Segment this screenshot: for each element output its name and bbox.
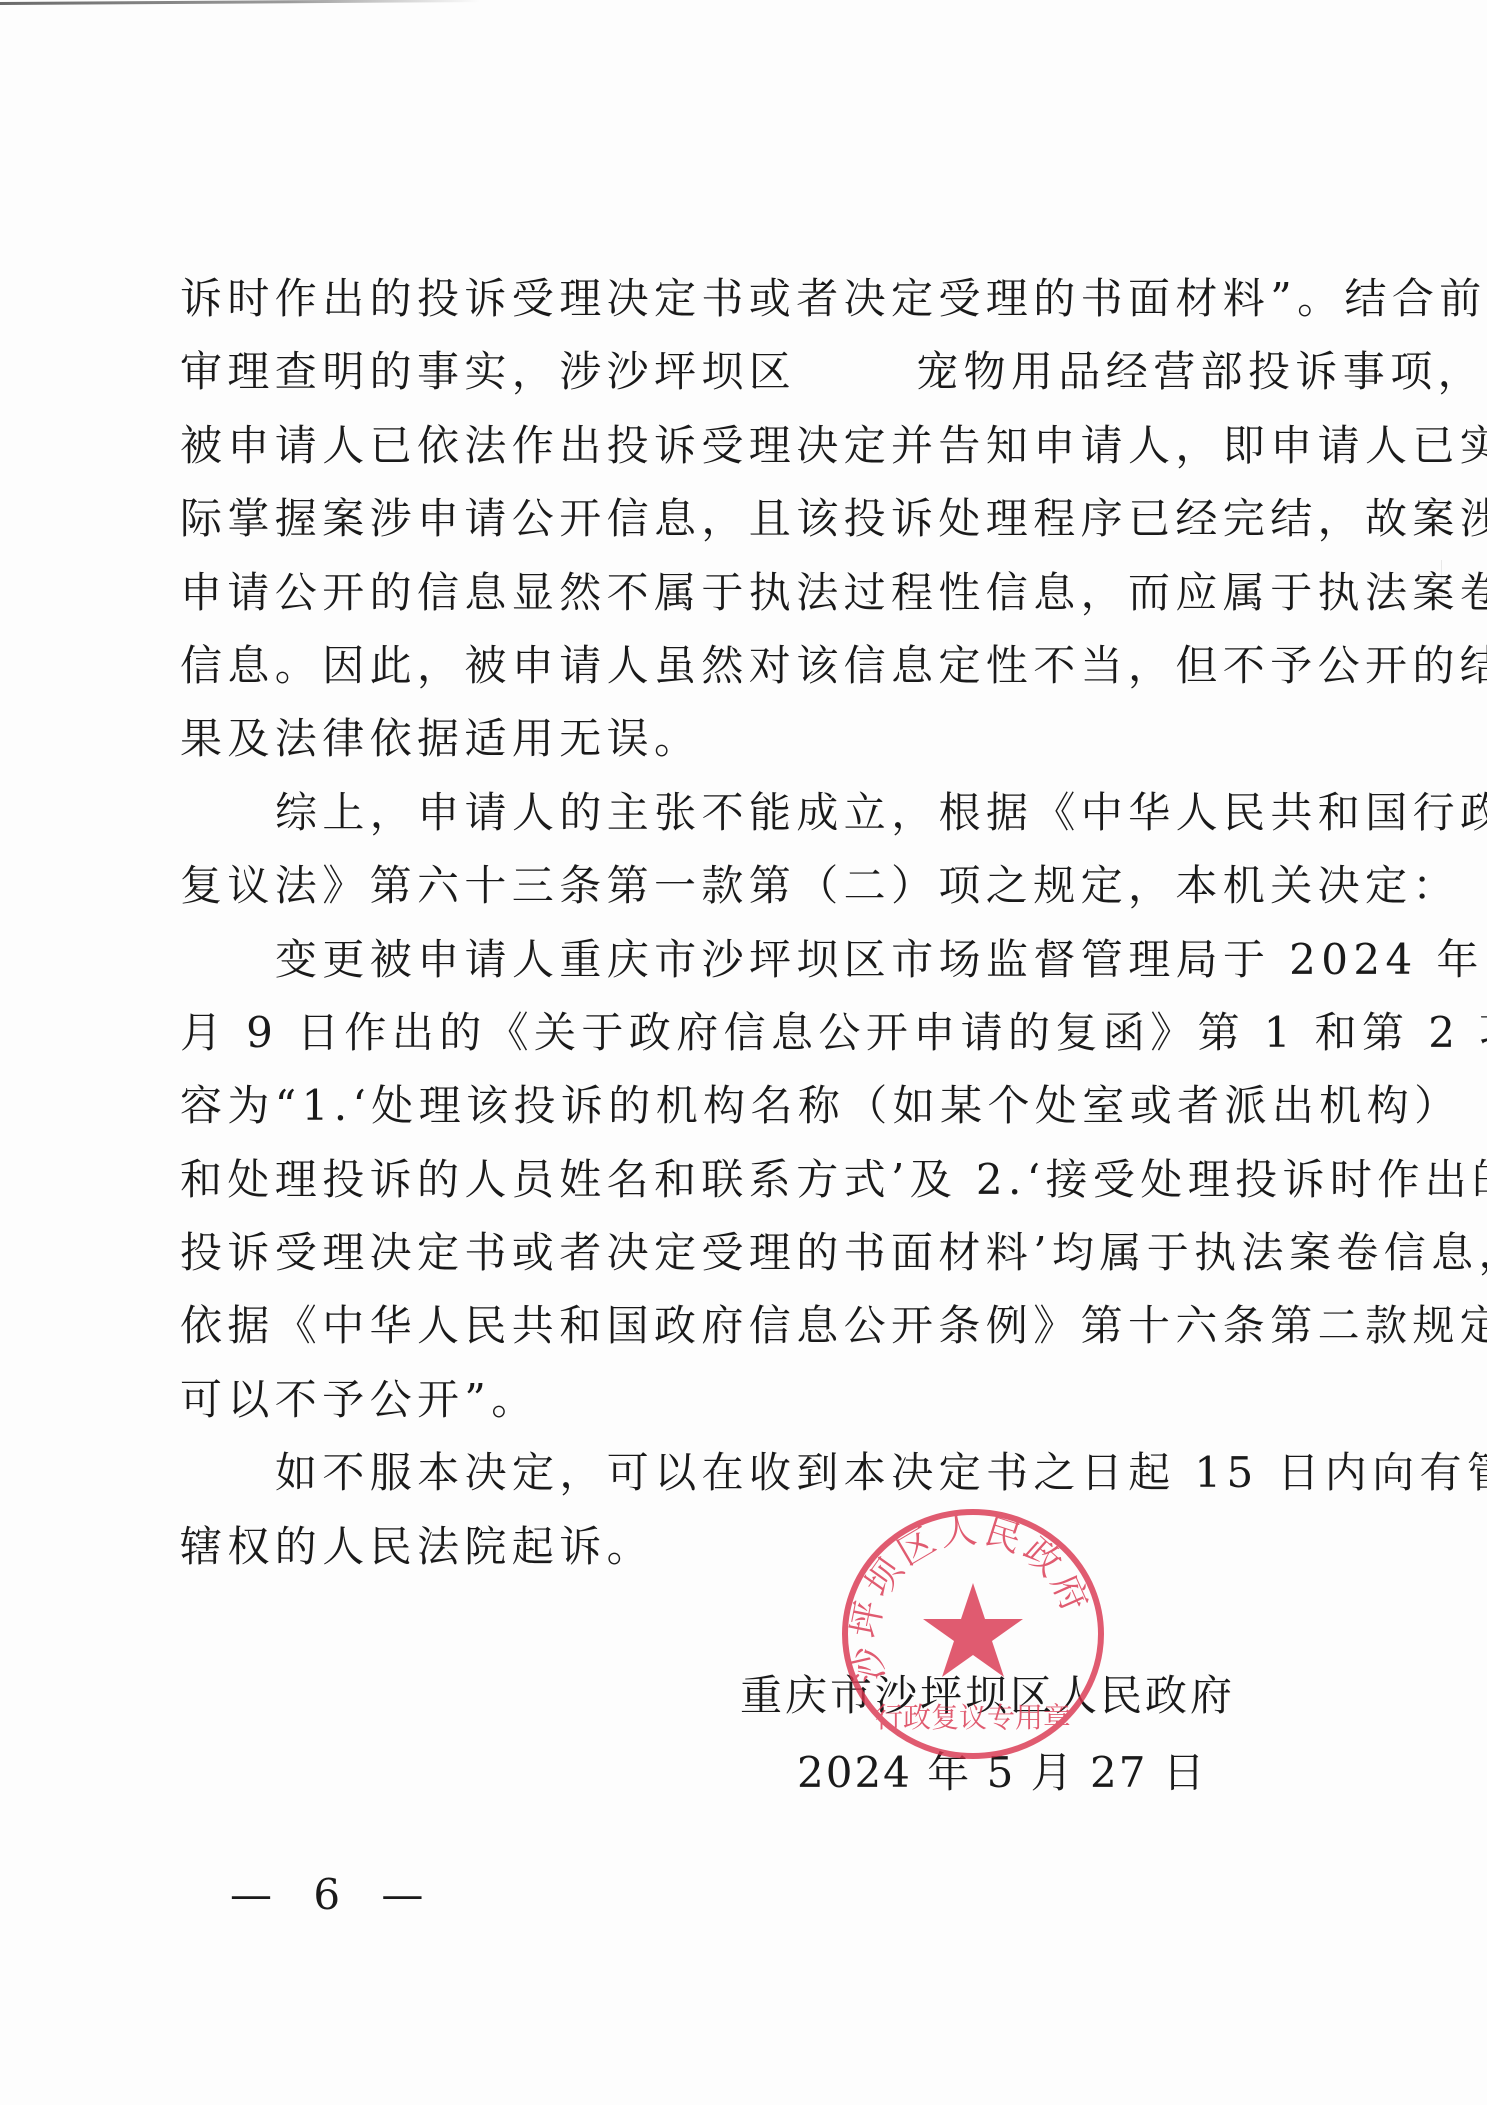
text-line: 和处理投诉的人员姓名和联系方式’及 2.‘接受处理投诉时作出的 xyxy=(180,1143,1280,1216)
signing-date: 2024 年 5 月 27 日 xyxy=(797,1740,1207,1800)
page-number: — 6 — xyxy=(230,1870,437,1919)
text-line: 复议法》第六十三条第一款第（二）项之规定，本机关决定： xyxy=(180,849,1280,922)
text-segment: 审理查明的事实，涉沙坪坝区 xyxy=(180,347,796,396)
text-line: 申请公开的信息显然不属于执法过程性信息，而应属于执法案卷 xyxy=(180,556,1280,629)
text-line: 综上，申请人的主张不能成立，根据《中华人民共和国行政 xyxy=(180,776,1280,849)
document-body: 诉时作出的投诉受理决定书或者决定受理的书面材料”。结合前述 审理查明的事实，涉沙… xyxy=(180,262,1280,1583)
text-line: 依据《中华人民共和国政府信息公开条例》第十六条第二款规定， xyxy=(180,1289,1280,1362)
text-line: 际掌握案涉申请公开信息，且该投诉处理程序已经完结，故案涉 xyxy=(180,482,1280,555)
scan-edge xyxy=(0,0,480,5)
text-line: 辖权的人民法院起诉。 xyxy=(180,1510,1280,1583)
text-line: 审理查明的事实，涉沙坪坝区宠物用品经营部投诉事项， xyxy=(180,335,1280,408)
text-segment: 宠物用品经营部投诉事项， xyxy=(916,347,1485,396)
text-line: 信息。因此，被申请人虽然对该信息定性不当，但不予公开的结 xyxy=(180,629,1280,702)
text-line: 变更被申请人重庆市沙坪坝区市场监督管理局于 2024 年 4 xyxy=(180,923,1280,996)
text-line: 被申请人已依法作出投诉受理决定并告知申请人，即申请人已实 xyxy=(180,409,1280,482)
signing-organization: 重庆市沙坪坝区人民政府 xyxy=(740,1663,1235,1723)
text-line: 果及法律依据适用无误。 xyxy=(180,702,1280,775)
redacted-block xyxy=(796,355,916,395)
text-line: 月 9 日作出的《关于政府信息公开申请的复函》第 1 和第 2 项内 xyxy=(180,996,1280,1069)
text-line: 容为“1.‘处理该投诉的机构名称（如某个处室或者派出机构） xyxy=(180,1069,1280,1142)
text-line: 投诉受理决定书或者决定受理的书面材料’均属于执法案卷信息， xyxy=(180,1216,1280,1289)
text-line: 可以不予公开”。 xyxy=(180,1363,1280,1436)
text-line: 诉时作出的投诉受理决定书或者决定受理的书面材料”。结合前述 xyxy=(180,262,1280,335)
text-line: 如不服本决定，可以在收到本决定书之日起 15 日内向有管 xyxy=(180,1436,1280,1509)
